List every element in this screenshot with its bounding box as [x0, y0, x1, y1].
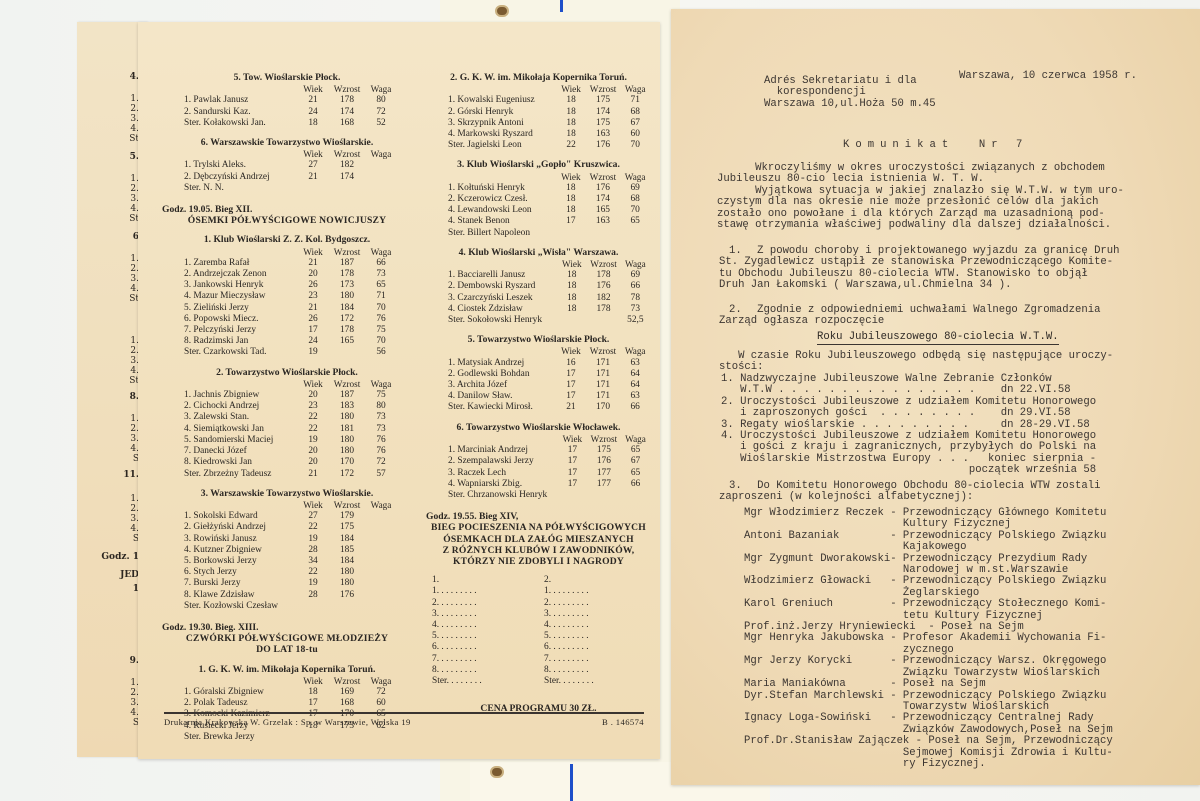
- crew-row: 2. Sandurski Kaz.2417472: [184, 107, 398, 118]
- rower-weight: 66: [620, 479, 651, 490]
- column-header: Wiek: [296, 379, 330, 390]
- crew-row: 1. Pawlak Janusz2117880: [184, 95, 398, 106]
- crew-row: 5. Borkowski Jerzy34184: [184, 556, 398, 567]
- crew-row: Ster. Kawiecki Mirosł.2117066: [448, 402, 651, 413]
- typed-communique-page: Adrés Sekretariatu i dla korespondencji …: [671, 9, 1200, 785]
- binder-blue-line-top: [560, 0, 563, 12]
- rower-age: 17: [555, 216, 587, 227]
- rower-height: 170: [330, 457, 364, 468]
- race-14-title: ÓSEMKACH DLA ZAŁÓG MIESZANYCH: [426, 534, 651, 545]
- rower-name: 1. Matysiak Andrzej: [448, 358, 555, 369]
- rower-height: 177: [588, 479, 620, 490]
- rower-name: Ster. Chrzanowski Henryk: [448, 490, 557, 501]
- crew-row: 3. Skrzypnik Antoni1817567: [448, 118, 651, 129]
- rower-height: 175: [588, 445, 620, 456]
- rower-height: [588, 490, 620, 501]
- crew-row: Ster. Czarkowski Tad.1956: [184, 347, 398, 358]
- rower-weight: [364, 522, 398, 533]
- crew-row: 1. Kowalski Eugeniusz1817571: [448, 95, 651, 106]
- club-title: 3. Klub Wioślarski „Gopło" Kruszwica.: [426, 159, 651, 170]
- rower-age: 27: [296, 160, 330, 171]
- rower-height: 171: [587, 380, 620, 391]
- rower-height: 174: [587, 194, 620, 205]
- rower-weight: 63: [619, 358, 651, 369]
- crew-row: 4. Ciostek Zdzisław1817873: [448, 304, 651, 315]
- rower-weight: [364, 534, 398, 545]
- rower-weight: 64: [619, 380, 651, 391]
- crew-row: 8. Radzimski Jan2416570: [184, 336, 398, 347]
- blank-seat: 7. . . . . . . . .: [544, 654, 656, 665]
- rower-age: [556, 315, 587, 326]
- rower-weight: 56: [364, 347, 398, 358]
- rower-height: 179: [330, 511, 364, 522]
- blank-crew-number: 2.: [544, 575, 656, 586]
- rower-age: 18: [555, 194, 587, 205]
- rower-height: 177: [588, 468, 620, 479]
- column-header: Wzrost: [587, 259, 619, 270]
- rower-age: 17: [296, 698, 330, 709]
- rower-age: 23: [296, 291, 330, 302]
- binder-blue-line-bottom: [570, 764, 573, 801]
- race-13-time: Godz. 19.30. Bieg. XIII.: [162, 622, 412, 633]
- rower-name: 1. Bacciarelli Janusz: [448, 270, 556, 281]
- rower-age: 21: [296, 303, 330, 314]
- crew-header-row: WiekWzrostWaga: [448, 259, 651, 270]
- rower-height: 184: [330, 534, 364, 545]
- crew-row: 2. Godlewski Bohdan1717164: [448, 369, 651, 380]
- rower-name: Ster. Kawiecki Mirosł.: [448, 402, 555, 413]
- rower-weight: 73: [364, 269, 398, 280]
- rower-weight: 68: [619, 107, 651, 118]
- rower-weight: 72: [364, 457, 398, 468]
- rower-height: 181: [330, 424, 364, 435]
- crew-row: Ster. Kołakowski Jan.1816852: [184, 118, 398, 129]
- rower-age: 23: [296, 401, 330, 412]
- crew-header-row: WiekWzrostWaga: [448, 346, 651, 357]
- rower-weight: 70: [619, 205, 651, 216]
- printer-name: Drukarnia Krakowska W. Grzelak : Sp. w W…: [164, 717, 411, 727]
- club-title: 4. Klub Wioślarski „Wisła" Warszawa.: [426, 247, 651, 258]
- point-2-text: Zgodnie z odpowiedniemi uchwałami Walneg…: [719, 305, 1100, 328]
- blank-seat: 1. . . . . . . . .: [544, 586, 656, 597]
- rower-weight: 65: [619, 216, 651, 227]
- crew-row: 3. Jankowski Henryk2617365: [184, 280, 398, 291]
- blank-seat: 3. . . . . . . . .: [432, 609, 544, 620]
- column-header: Wiek: [557, 434, 588, 445]
- rower-age: 28: [296, 590, 330, 601]
- punch-hole-bottom: [490, 766, 504, 778]
- rower-name: 7. Danecki Józef: [184, 446, 296, 457]
- rower-height: 184: [330, 303, 364, 314]
- rower-height: 176: [588, 456, 620, 467]
- rower-weight: [364, 732, 398, 743]
- rower-age: 17: [557, 445, 588, 456]
- rower-height: 182: [330, 160, 364, 171]
- rower-name: 3. Jankowski Henryk: [184, 280, 296, 291]
- club-block: 6. Towarzystwo Wioślarskie Włocławek.Wie…: [426, 422, 651, 501]
- crew-row: Ster. Zbrzeżny Tadeusz2117257: [184, 469, 398, 480]
- rower-name: 3. Skrzypnik Antoni: [448, 118, 555, 129]
- rower-weight: 70: [619, 140, 651, 151]
- header-spacer: [184, 149, 296, 160]
- crew-table: WiekWzrostWaga1. Góralski Zbigniew181697…: [184, 676, 398, 743]
- header-spacer: [448, 84, 555, 95]
- club-title: 1. Klub Wioślarski Z. Z. Kol. Bydgoszcz.: [162, 234, 412, 245]
- rower-height: 165: [587, 205, 620, 216]
- rower-age: 20: [296, 457, 330, 468]
- column-header: Waga: [364, 500, 398, 511]
- rower-name: 4. Siemiątkowski Jan: [184, 424, 296, 435]
- rower-name: 2. Dembowski Ryszard: [448, 281, 556, 292]
- column-header: Wzrost: [330, 149, 364, 160]
- rower-height: 180: [330, 567, 364, 578]
- rower-height: 180: [330, 578, 364, 589]
- rower-age: [296, 732, 330, 743]
- rower-height: 172: [330, 469, 364, 480]
- crew-row: 2. Szempalawski Jerzy1717667: [448, 456, 651, 467]
- rower-weight: 70: [364, 303, 398, 314]
- rower-age: 22: [296, 567, 330, 578]
- rower-age: 17: [557, 479, 588, 490]
- crew-header-row: WiekWzrostWaga: [448, 172, 651, 183]
- rower-age: 18: [556, 281, 587, 292]
- rower-name: Ster. Kozłowski Czesław: [184, 601, 296, 612]
- rower-age: 17: [557, 468, 588, 479]
- rower-name: 8. Radzimski Jan: [184, 336, 296, 347]
- rower-name: 1. Trylski Aleks.: [184, 160, 296, 171]
- punch-hole-top: [495, 5, 509, 17]
- header-spacer: [184, 84, 296, 95]
- rower-name: 2. Polak Tadeusz: [184, 698, 296, 709]
- letter-intro: Wkroczyliśmy w okres uroczystości związa…: [717, 163, 1124, 231]
- rower-weight: 68: [619, 194, 651, 205]
- rower-weight: 73: [364, 424, 398, 435]
- blank-seat: 4. . . . . . . . .: [432, 620, 544, 631]
- column-header: Waga: [364, 379, 398, 390]
- crew-row: 1. Bacciarelli Janusz1817869: [448, 270, 651, 281]
- header-spacer: [448, 259, 556, 270]
- rower-height: 182: [587, 293, 619, 304]
- club-block: 4. Klub Wioślarski „Wisła" Warszawa.Wiek…: [426, 247, 651, 326]
- club-block: 5. Towarzystwo Wioślarskie Płock.WiekWzr…: [426, 334, 651, 413]
- rower-name: 2. Cichocki Andrzej: [184, 401, 296, 412]
- header-spacer: [184, 500, 296, 511]
- rower-weight: 52: [364, 118, 398, 129]
- crew-row: 1. Sokolski Edward27179: [184, 511, 398, 522]
- blank-crew-number: 1.: [432, 575, 544, 586]
- crew-row: 1. Zaremba Rafał2118766: [184, 258, 398, 269]
- rower-name: 1. Jachnis Zbigniew: [184, 390, 296, 401]
- rower-age: 18: [555, 107, 586, 118]
- column-header: Wzrost: [587, 172, 620, 183]
- rower-height: 178: [330, 95, 364, 106]
- rower-age: 18: [555, 205, 587, 216]
- jubilee-year-headline: Roku Jubileuszowego 80-ciolecia W.T.W.: [817, 332, 1059, 343]
- column-header: Waga: [364, 676, 398, 687]
- race-12-title: ÓSEMKI PÓŁWYŚCIGOWE NOWICJUSZY: [162, 215, 412, 226]
- crew-header-row: WiekWzrostWaga: [184, 84, 398, 95]
- rower-name: 4. Markowski Ryszard: [448, 129, 555, 140]
- blank-seat: 6. . . . . . . . .: [544, 642, 656, 653]
- rower-weight: 67: [619, 118, 651, 129]
- rower-height: 180: [330, 435, 364, 446]
- club-title: 6. Warszawskie Towarzystwo Wioślarskie.: [162, 137, 412, 148]
- rower-age: 21: [555, 402, 586, 413]
- race-14-title: BIEG POCIESZENIA NA PÓŁWYŚCIGOWYCH: [426, 522, 651, 533]
- rower-name: Ster. Sokołowski Henryk: [448, 315, 556, 326]
- rower-age: 24: [296, 107, 330, 118]
- rower-height: [330, 601, 364, 612]
- rower-age: 17: [557, 456, 588, 467]
- crew-row: 7. Pelczyński Jerzy1717875: [184, 325, 398, 336]
- rower-height: 180: [330, 291, 364, 302]
- column-header: Wzrost: [330, 676, 364, 687]
- crew-header-row: WiekWzrostWaga: [184, 379, 398, 390]
- rower-age: 22: [296, 522, 330, 533]
- rower-name: 1. Pawlak Janusz: [184, 95, 296, 106]
- rower-height: 178: [587, 270, 619, 281]
- rower-weight: 65: [364, 280, 398, 291]
- club-title: 2. G. K. W. im. Mikołaja Kopernika Toruń…: [426, 72, 651, 83]
- club-title: 5. Towarzystwo Wioślarskie Płock.: [426, 334, 651, 345]
- rower-age: 21: [296, 172, 330, 183]
- rower-name: 2. Szempalawski Jerzy: [448, 456, 557, 467]
- back-sheet-fragment: 11.: [123, 470, 139, 480]
- rower-name: 2. Andrzejczak Zenon: [184, 269, 296, 280]
- race-13-title: CZWÓRKI PÓŁWYŚCIGOWE MŁODZIEŻY: [162, 633, 412, 644]
- rower-weight: 69: [620, 270, 651, 281]
- rower-weight: 72: [364, 107, 398, 118]
- crew-row: 8. Kiedrowski Jan2017072: [184, 457, 398, 468]
- rower-age: 21: [296, 258, 330, 269]
- rower-name: 3. Rowiński Janusz: [184, 534, 296, 545]
- rower-weight: [364, 567, 398, 578]
- rower-weight: 73: [364, 412, 398, 423]
- rower-age: 22: [296, 412, 330, 423]
- rower-age: 17: [555, 369, 586, 380]
- rower-height: 171: [587, 369, 620, 380]
- club-title: 3. Warszawskie Towarzystwo Wioślarskie.: [162, 488, 412, 499]
- rower-weight: 66: [619, 402, 651, 413]
- rower-height: 180: [330, 446, 364, 457]
- back-sheet-fragment: JED: [120, 570, 139, 580]
- rower-height: 176: [587, 183, 620, 194]
- rower-height: [330, 732, 364, 743]
- crew-row: Ster. Jagielski Leon2217670: [448, 140, 651, 151]
- program-left-column: 5. Tow. Wioślarskie Płock.WiekWzrostWaga…: [162, 64, 412, 743]
- rower-name: 3. Archita Józef: [448, 380, 555, 391]
- rower-height: 171: [587, 358, 620, 369]
- rower-name: 2. Godlewski Bohdan: [448, 369, 555, 380]
- rower-weight: [619, 228, 651, 239]
- back-sheet-fragment: Godz. 1: [101, 552, 139, 562]
- rower-height: [587, 315, 619, 326]
- crew-row: 2. Dembowski Ryszard1817666: [448, 281, 651, 292]
- rower-age: 26: [296, 280, 330, 291]
- crew-row: Ster. Chrzanowski Henryk: [448, 490, 651, 501]
- rower-height: 168: [330, 118, 364, 129]
- rower-age: 18: [555, 95, 586, 106]
- rower-weight: 60: [364, 698, 398, 709]
- rower-weight: 57: [364, 469, 398, 480]
- rower-weight: [364, 556, 398, 567]
- club-block: 1. Klub Wioślarski Z. Z. Kol. Bydgoszcz.…: [162, 234, 412, 358]
- rower-name: 1. Zaremba Rafał: [184, 258, 296, 269]
- rower-name: 4. Mazur Mieczysław: [184, 291, 296, 302]
- blank-seat: 2. . . . . . . . .: [544, 598, 656, 609]
- rower-age: 19: [296, 534, 330, 545]
- crew-header-row: WiekWzrostWaga: [448, 84, 651, 95]
- crew-table: WiekWzrostWaga1. Jachnis Zbigniew2018775…: [184, 379, 398, 480]
- rower-name: Ster. Kołakowski Jan.: [184, 118, 296, 129]
- crew-row: 3. Raczek Lech1717765: [448, 468, 651, 479]
- column-header: Waga: [619, 84, 651, 95]
- rower-weight: 71: [619, 95, 651, 106]
- blank-seat: 8. . . . . . . . .: [544, 665, 656, 676]
- rower-height: 178: [330, 269, 364, 280]
- rower-name: 4. Kutzner Zbigniew: [184, 545, 296, 556]
- rower-height: 174: [330, 172, 364, 183]
- column-header: Wiek: [556, 259, 587, 270]
- rower-weight: 52,5: [620, 315, 651, 326]
- crew-row: 1. Jachnis Zbigniew2018775: [184, 390, 398, 401]
- column-header: Waga: [619, 346, 651, 357]
- rower-weight: 78: [620, 293, 651, 304]
- rower-height: 163: [587, 129, 620, 140]
- club-block: 2. G. K. W. im. Mikołaja Kopernika Toruń…: [426, 72, 651, 151]
- rower-height: [330, 183, 364, 194]
- rower-name: Ster. Jagielski Leon: [448, 140, 555, 151]
- events-intro: W czasie Roku Jubileuszowego odbędą się …: [719, 351, 1113, 374]
- rower-age: [557, 490, 588, 501]
- rower-name: 3. Raczek Lech: [448, 468, 557, 479]
- letter-title: Komunikat Nr 7: [843, 140, 1028, 151]
- column-header: Wzrost: [330, 247, 364, 258]
- crew-row: 4. Wapniarski Zbig.1717766: [448, 479, 651, 490]
- crew-table: WiekWzrostWaga1. Marciniak Andrzej171756…: [448, 434, 651, 501]
- rower-weight: 73: [620, 304, 651, 315]
- rower-height: 172: [330, 314, 364, 325]
- rower-age: 20: [296, 446, 330, 457]
- rower-age: 27: [296, 511, 330, 522]
- rower-age: 18: [555, 118, 586, 129]
- rower-age: 17: [296, 325, 330, 336]
- rower-height: [330, 347, 364, 358]
- crew-row: 2. Giełżyński Andrzej22175: [184, 522, 398, 533]
- crew-header-row: WiekWzrostWaga: [184, 149, 398, 160]
- crew-table: WiekWzrostWaga1. Kowalski Eugeniusz18175…: [448, 84, 651, 151]
- rower-age: 28: [296, 545, 330, 556]
- crew-table: WiekWzrostWaga1. Zaremba Rafał21187662. …: [184, 247, 398, 359]
- rower-name: 8. Klawe Zdzisław: [184, 590, 296, 601]
- rower-weight: [364, 545, 398, 556]
- crew-row: 7. Burski Jerzy19180: [184, 578, 398, 589]
- club-title: 5. Tow. Wioślarskie Płock.: [162, 72, 412, 83]
- club-block: 5. Tow. Wioślarskie Płock.WiekWzrostWaga…: [162, 72, 412, 129]
- blank-seat: Ster. . . . . . . .: [432, 676, 544, 687]
- crew-row: 8. Klawe Zdzisław28176: [184, 590, 398, 601]
- rower-age: 16: [555, 358, 586, 369]
- crew-header-row: WiekWzrostWaga: [448, 434, 651, 445]
- rower-height: 173: [330, 280, 364, 291]
- rower-name: 7. Burski Jerzy: [184, 578, 296, 589]
- point-3-text: Do Komitetu Honorowego Obchodu 80-ciolec…: [719, 481, 1100, 504]
- header-spacer: [448, 434, 557, 445]
- rower-name: 1. Kowalski Eugeniusz: [448, 95, 555, 106]
- rower-name: Ster. Billert Napoleon: [448, 228, 555, 239]
- rower-weight: [620, 490, 651, 501]
- club-title: 1. G. K. W. im. Mikołaja Kopernika Toruń…: [162, 664, 412, 675]
- crew-row: 1. Matysiak Andrzej1617163: [448, 358, 651, 369]
- crew-table: WiekWzrostWaga1. Bacciarelli Janusz18178…: [448, 259, 651, 326]
- rower-age: 18: [555, 183, 587, 194]
- crew-row: 4. Danilow Sław.1717163: [448, 391, 651, 402]
- printer-footer: Drukarnia Krakowska W. Grzelak : Sp. w W…: [164, 712, 644, 727]
- column-header: Wiek: [296, 149, 330, 160]
- rower-height: 176: [587, 140, 620, 151]
- club-block: 2. Towarzystwo Wioślarskie Płock.WiekWzr…: [162, 367, 412, 480]
- header-spacer: [184, 379, 296, 390]
- rower-name: 4. Stanek Benon: [448, 216, 555, 227]
- club-block: 1. G. K. W. im. Mikołaja Kopernika Toruń…: [162, 664, 412, 743]
- column-header: Waga: [364, 84, 398, 95]
- rower-height: 174: [330, 107, 364, 118]
- rower-age: [296, 183, 330, 194]
- rower-name: 5. Sandomierski Maciej: [184, 435, 296, 446]
- blank-seat: 1. . . . . . . . .: [432, 586, 544, 597]
- crew-row: 1. Trylski Aleks.27182: [184, 160, 398, 171]
- crew-row: 4. Siemiątkowski Jan2218173: [184, 424, 398, 435]
- rower-age: 18: [555, 129, 586, 140]
- rower-age: 21: [296, 469, 330, 480]
- rower-name: 5. Borkowski Jerzy: [184, 556, 296, 567]
- rower-weight: 75: [364, 325, 398, 336]
- column-header: Wiek: [296, 247, 330, 258]
- crew-row: 2. Cichocki Andrzej2318380: [184, 401, 398, 412]
- column-header: Wzrost: [330, 379, 364, 390]
- rower-height: 170: [587, 402, 620, 413]
- rower-age: 18: [296, 118, 330, 129]
- rower-weight: 66: [364, 258, 398, 269]
- crew-row: 7. Danecki Józef2018076: [184, 446, 398, 457]
- crew-row: 4. Markowski Ryszard1816360: [448, 129, 651, 140]
- rower-name: 4. Lewandowski Leon: [448, 205, 555, 216]
- rower-age: [555, 228, 587, 239]
- crew-row: 3. Czarczyński Leszek1818278: [448, 293, 651, 304]
- rower-height: 165: [330, 336, 364, 347]
- race-14-time: Godz. 19.55. Bieg XIV,: [426, 511, 651, 522]
- blank-seat: Ster. . . . . . . .: [544, 676, 656, 687]
- header-spacer: [448, 346, 555, 357]
- rower-name: Ster. Brewka Jerzy: [184, 732, 296, 743]
- rower-weight: 71: [364, 291, 398, 302]
- rower-height: 175: [330, 522, 364, 533]
- rower-name: 5. Zieliński Jerzy: [184, 303, 296, 314]
- regatta-program-page: 5. Tow. Wioślarskie Płock.WiekWzrostWaga…: [138, 22, 660, 759]
- crew-row: 1. Marciniak Andrzej1717565: [448, 445, 651, 456]
- rower-height: 169: [330, 687, 364, 698]
- crew-row: 6. Stych Jerzy22180: [184, 567, 398, 578]
- rower-weight: [364, 601, 398, 612]
- race-13-subtitle: DO LAT 18-tu: [162, 644, 412, 655]
- rower-weight: [364, 172, 398, 183]
- header-spacer: [184, 676, 296, 687]
- honorary-committee-list: Mgr Włodzimierz Reczek - Przewodniczący …: [744, 508, 1113, 770]
- rower-weight: 60: [619, 129, 651, 140]
- rower-name: 1. Góralski Zbigniew: [184, 687, 296, 698]
- back-program-sheet: 4.1.2.3.4.St5.1.2.3.4.St61.2.3.4.St1.2.3…: [77, 22, 147, 757]
- rower-name: 3. Zalewski Stan.: [184, 412, 296, 423]
